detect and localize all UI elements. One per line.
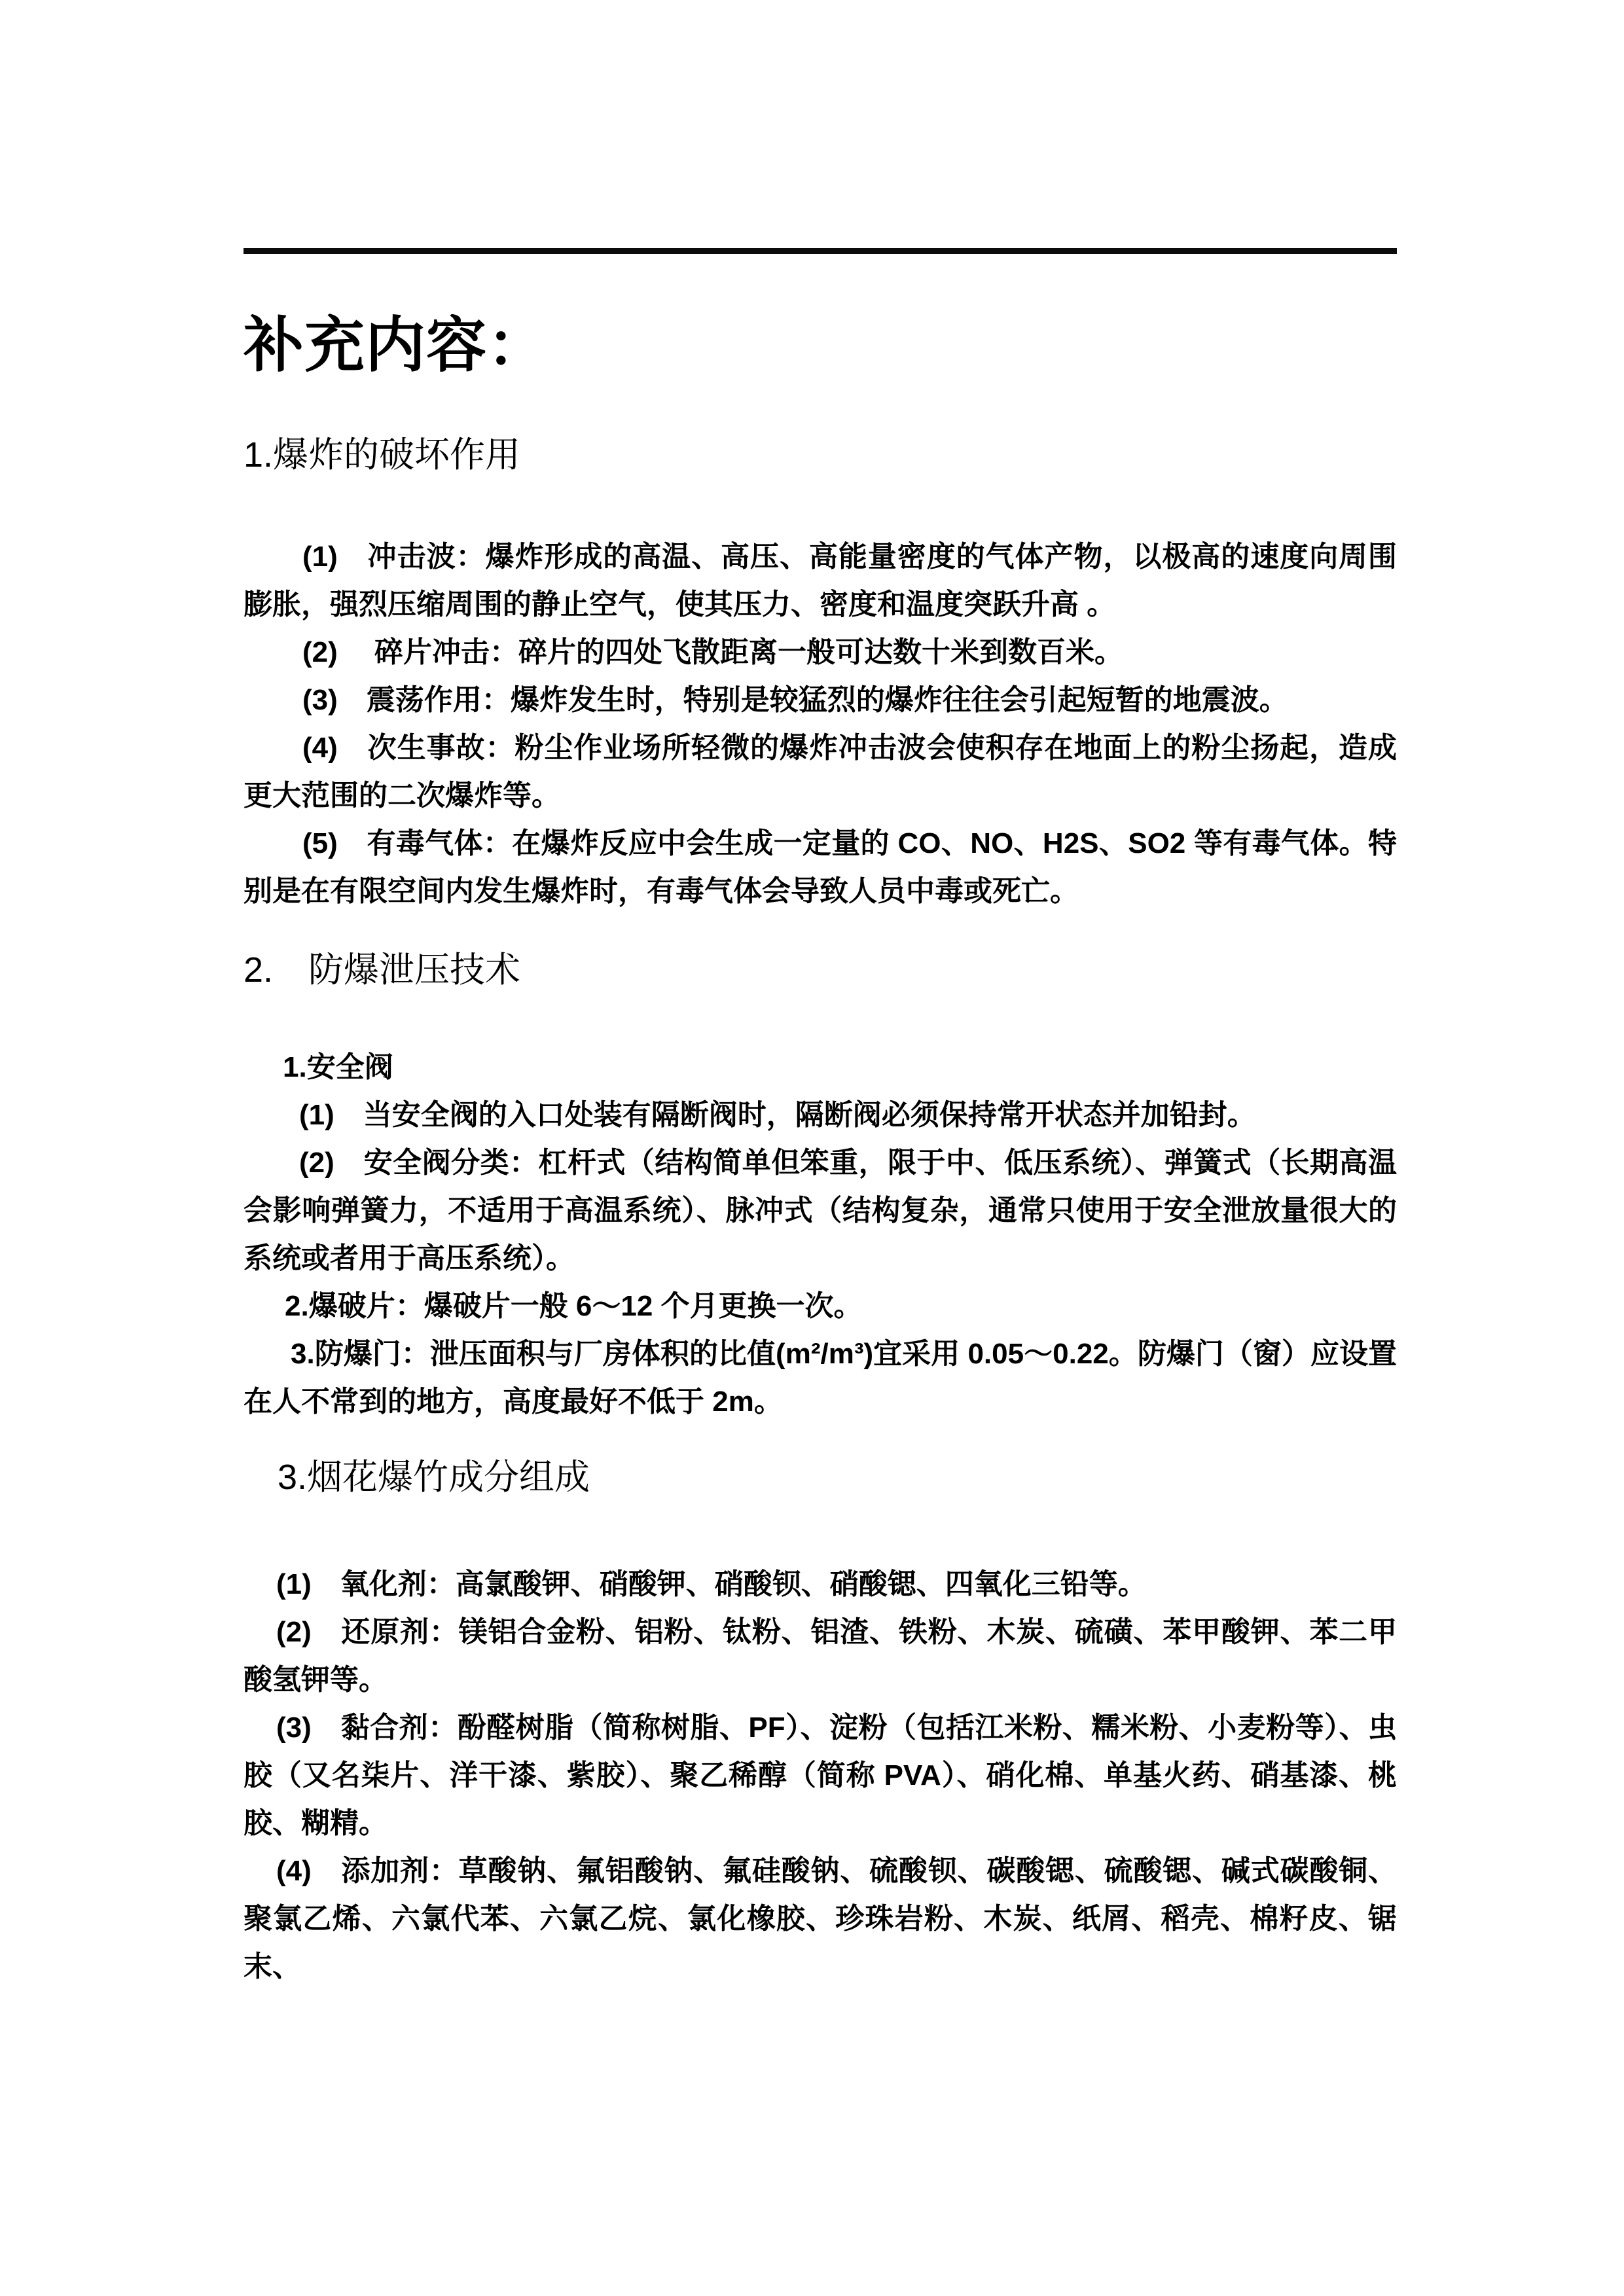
- subitem-explosion-door: 3.防爆门：泄压面积与厂房体积的比值(m²/m³)宜采用 0.05～0.22。防…: [244, 1330, 1397, 1426]
- list-item-safety-valve-2: (2) 安全阀分类：杠杆式（结构简单但笨重，限于中、低压系统）、弹簧式（长期高温…: [244, 1139, 1397, 1282]
- list-item-reducer: (2) 还原剂：镁铝合金粉、铝粉、钛粉、铝渣、铁粉、木炭、硫磺、苯甲酸钾、苯二甲…: [244, 1608, 1397, 1704]
- section-2-heading: 2. 防爆泄压技术: [244, 950, 520, 990]
- section-3-body: (1) 氧化剂：高氯酸钾、硝酸钾、硝酸钡、硝酸锶、四氧化三铅等。 (2) 还原剂…: [244, 1560, 1397, 1990]
- section-2-body: 1.安全阀 (1) 当安全阀的入口处装有隔断阀时，隔断阀必须保持常开状态并加铅封…: [244, 1043, 1397, 1426]
- document-page: 补充内容： 1.爆炸的破坏作用 (1) 冲击波：爆炸形成的高温、高压、高能量密度…: [0, 0, 1624, 2296]
- subitem-safety-valve: 1.安全阀: [244, 1043, 1397, 1091]
- page-content: 补充内容： 1.爆炸的破坏作用 (1) 冲击波：爆炸形成的高温、高压、高能量密度…: [244, 0, 1397, 2296]
- section-1-heading: 1.爆炸的破坏作用: [244, 435, 520, 475]
- header-rule: [244, 248, 1397, 254]
- page-title: 补充内容：: [244, 313, 548, 378]
- list-item-shockwave: (1) 冲击波：爆炸形成的高温、高压、高能量密度的气体产物，以极高的速度向周围膨…: [244, 533, 1397, 628]
- list-item-oxidizer: (1) 氧化剂：高氯酸钾、硝酸钾、硝酸钡、硝酸锶、四氧化三铅等。: [244, 1560, 1397, 1608]
- section-1-body: (1) 冲击波：爆炸形成的高温、高压、高能量密度的气体产物，以极高的速度向周围膨…: [244, 533, 1397, 915]
- list-item-vibration: (3) 震荡作用：爆炸发生时，特别是较猛烈的爆炸往往会引起短暂的地震波。: [244, 676, 1397, 724]
- subitem-rupture-disc: 2.爆破片：爆破片一般 6～12 个月更换一次。: [244, 1282, 1397, 1330]
- list-item-secondary-accident: (4) 次生事故：粉尘作业场所轻微的爆炸冲击波会使积存在地面上的粉尘扬起，造成 …: [244, 724, 1397, 819]
- list-item-fragments: (2) 碎片冲击：碎片的四处飞散距离一般可达数十米到数百米。: [244, 628, 1397, 676]
- section-3-heading: 3.烟花爆竹成分组成: [244, 1457, 590, 1498]
- list-item-safety-valve-1: (1) 当安全阀的入口处装有隔断阀时，隔断阀必须保持常开状态并加铅封。: [244, 1091, 1397, 1139]
- list-item-binder: (3) 黏合剂：酚醛树脂（简称树脂、PF）、淀粉（包括江米粉、糯米粉、小麦粉等）…: [244, 1704, 1397, 1847]
- list-item-additive: (4) 添加剂：草酸钠、氟铝酸钠、氟硅酸钠、硫酸钡、碳酸锶、硫酸锶、碱式碳酸铜、…: [244, 1847, 1397, 1990]
- list-item-toxic-gas: (5) 有毒气体：在爆炸反应中会生成一定量的 CO、NO、H2S、SO2 等有毒…: [244, 819, 1397, 915]
